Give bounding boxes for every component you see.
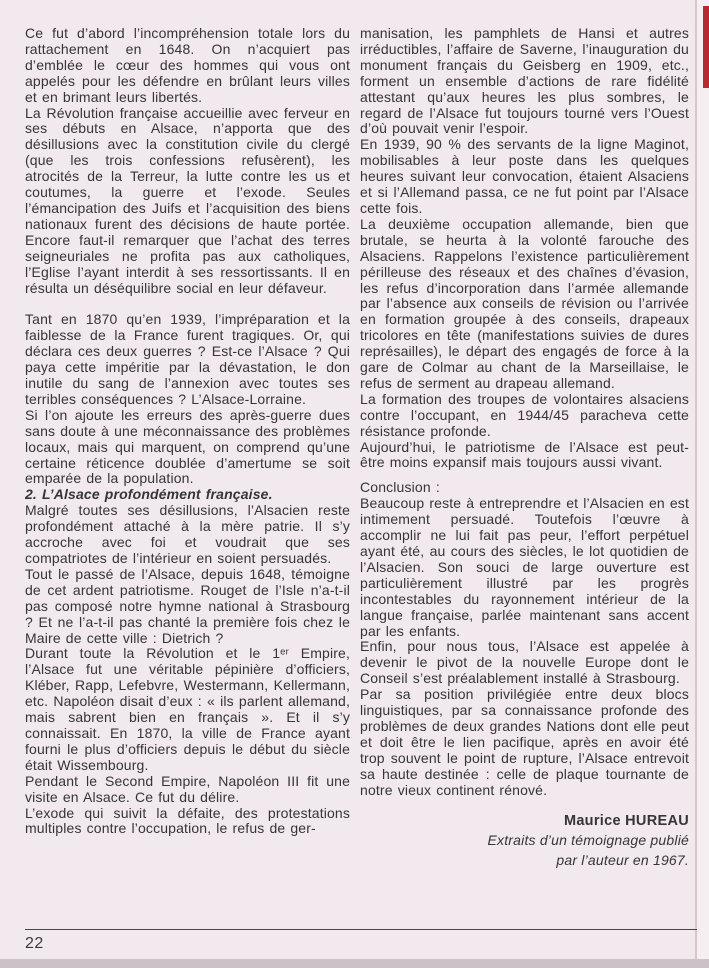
paragraph: La deuxième occupation allemande, bien q… <box>360 217 689 392</box>
signature-block: Maurice HUREAU Extraits d’un témoignage … <box>360 812 689 871</box>
conclusion-label: Conclusion : <box>360 480 689 496</box>
paragraph: manisation, les pamphlets de Hansi et au… <box>360 26 689 137</box>
paragraph: Beaucoup reste à entreprendre et l’Alsac… <box>360 496 689 639</box>
paragraph: Si l’on ajoute les erreurs des après-gue… <box>25 408 350 488</box>
paragraph: Tant en 1870 qu’en 1939, l’impréparation… <box>25 312 350 407</box>
paragraph: En 1939, 90 % des servants de la ligne M… <box>360 137 689 217</box>
paragraph: L’exode qui suivit la défaite, des prote… <box>25 806 350 838</box>
signature-line-1: Extraits d’un témoignage publié <box>360 831 689 851</box>
paragraph: Par sa position privilégiée entre deux b… <box>360 687 689 798</box>
footer-rule <box>25 929 697 930</box>
paragraph: Pendant le Second Empire, Napoléon III f… <box>25 774 350 806</box>
paragraph: Ce fut d’abord l’incompréhension totale … <box>25 26 350 106</box>
page-number: 22 <box>25 935 44 953</box>
magazine-page: Ce fut d’abord l’incompréhension totale … <box>0 0 709 968</box>
left-column: Ce fut d’abord l’incompréhension totale … <box>25 26 350 924</box>
section-heading: 2. L’Alsace profondément française. <box>25 487 350 503</box>
author-name: Maurice HUREAU <box>360 812 689 832</box>
paragraph: La Révolution française accueillie avec … <box>25 106 350 297</box>
signature-line-2: par l’auteur en 1967. <box>360 851 689 871</box>
right-column: manisation, les pamphlets de Hansi et au… <box>360 26 689 924</box>
page-right-margin <box>697 0 709 968</box>
article-body: Ce fut d’abord l’incompréhension totale … <box>25 26 689 924</box>
page-fold-line <box>695 0 697 968</box>
paragraph: Aujourd’hui, le patriotisme de l’Alsace … <box>360 440 689 472</box>
paragraph: Tout le passé de l’Alsace, depuis 1648, … <box>25 567 350 647</box>
red-edge-mark <box>703 6 709 88</box>
paragraph: La formation des troupes de volontaires … <box>360 392 689 440</box>
scan-edge-shadow <box>0 959 709 968</box>
paragraph: Enfin, pour nous tous, l’Alsace est appe… <box>360 639 689 687</box>
paragraph: Malgré toutes ses désillusions, l’Alsaci… <box>25 503 350 567</box>
paragraph: Durant toute la Révolution et le 1ᵉʳ Emp… <box>25 646 350 773</box>
